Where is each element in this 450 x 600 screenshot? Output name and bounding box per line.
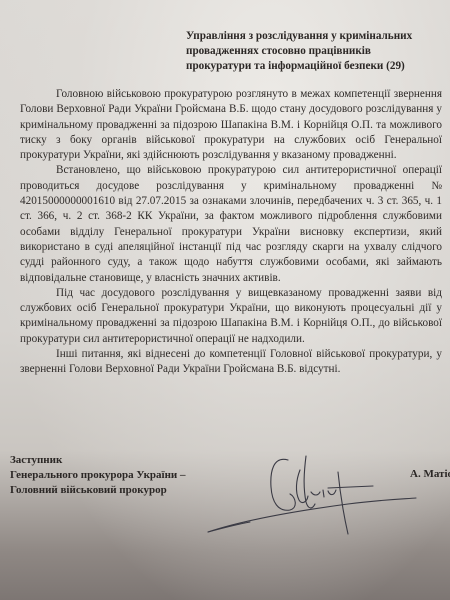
document-page: Управління з розслідування у кримінальни…	[0, 0, 450, 600]
header-line: Управління з розслідування у кримінальни…	[186, 29, 448, 44]
header-line: прокуратури та інформаційної безпеки (29…	[186, 59, 448, 74]
paragraph: Встановлено, що військовою прокуратурою …	[20, 163, 442, 285]
paragraph: Головною військовою прокуратурою розглян…	[20, 87, 442, 163]
header-line: провадженнях стосовно працівників	[186, 44, 448, 59]
paragraph: Під час досудового розслідування у вищев…	[20, 286, 442, 347]
handwritten-signature-icon	[178, 452, 418, 542]
letter-body: Головною військовою прокуратурою розглян…	[20, 87, 442, 378]
paragraph: Інші питання, які віднесені до компетенц…	[20, 347, 442, 378]
department-header: Управління з розслідування у кримінальни…	[186, 29, 448, 74]
